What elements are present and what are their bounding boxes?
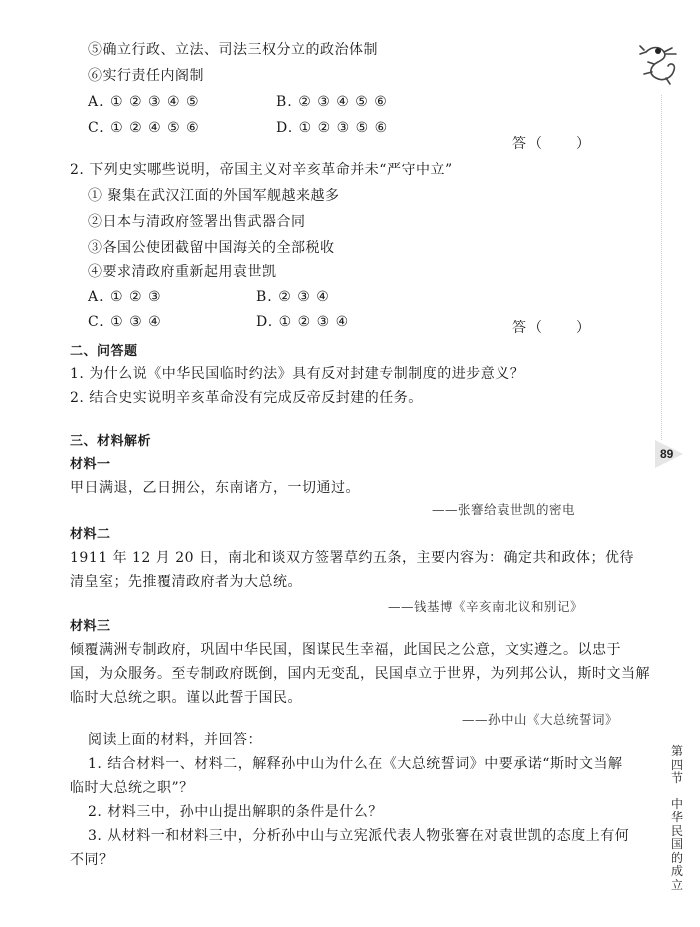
material-2-text-line-2: 清皇室；先推覆清政府者为大总统。 (70, 572, 302, 592)
dragon-ornament-icon (636, 40, 682, 88)
q2-option-d: D. ① ② ③ ④ (256, 312, 349, 332)
q2-item-4: ④要求清政府重新起用袁世凯 (88, 262, 277, 282)
q2-option-b: B. ② ③ ④ (256, 287, 330, 307)
page-number: 89 (660, 447, 673, 461)
material-1-text: 甲日满退，乙日拥公，东南诸方，一切通过。 (70, 478, 360, 498)
q2-answer-blank: 答（ ） (512, 318, 592, 338)
q1-item-6: ⑥实行责任内阁制 (88, 66, 204, 86)
material-1-label: 材料一 (70, 455, 111, 475)
chapter-label: 第四节 中华民国的成立 (669, 745, 685, 892)
section2-title: 二、问答题 (70, 342, 138, 362)
material-2-label: 材料二 (70, 525, 111, 545)
q1-answer-blank: 答（ ） (512, 134, 592, 154)
q1-option-d: D. ① ② ③ ⑤ ⑥ (276, 118, 388, 138)
material-3-text-line-3: 临时大总统之职。谨以此誓于国民。 (70, 688, 302, 708)
q2-item-1: ① 聚集在武汉江面的外国军舰越来越多 (88, 186, 339, 206)
q1-item-5: ⑤确立行政、立法、司法三权分立的政治体制 (88, 40, 378, 60)
material-3-source: ——孙中山《大总统誓词》 (462, 710, 618, 730)
section3-question-3-line-1: 3. 从材料一和材料三中，分析孙中山与立宪派代表人物张謇在对袁世凯的态度上有何 (88, 826, 629, 846)
margin-rule (661, 95, 662, 440)
q2-option-c: C. ① ③ ④ (88, 312, 162, 332)
q2-stem: 2. 下列史实哪些说明，帝国主义对辛亥革命并未“严守中立” (70, 160, 453, 180)
chapter-label-title: 中华民国的成立 (671, 797, 683, 892)
q2-option-a: A. ① ② ③ (88, 287, 162, 307)
section3-question-1-line-2: 临时大总统之职”？ (70, 778, 194, 798)
material-1-source: ——张謇给袁世凯的密电 (432, 500, 575, 520)
q2-item-3: ③各国公使团截留中国海关的全部税收 (88, 238, 335, 258)
material-3-text-line-2: 国，为众服务。至专制政府既倒，国内无变乱，民国卓立于世界，为列邦公认，斯时文当解 (70, 664, 650, 684)
reading-prompt: 阅读上面的材料，并回答： (88, 730, 262, 750)
section3-question-3-line-2: 不同？ (70, 850, 114, 870)
section3-title: 三、材料解析 (70, 432, 151, 452)
material-3-text-line-1: 倾覆满洲专制政府，巩固中华民国，图谋民生幸福，此国民之公意，文实遵之。以忠于 (70, 640, 621, 660)
section2-question-1: 1. 为什么说《中华民国临时约法》具有反对封建专制制度的进步意义？ (70, 364, 524, 384)
chapter-label-section: 第四节 (671, 744, 683, 785)
material-2-source: ——钱基博《辛亥南北议和别记》 (388, 597, 583, 617)
q2-item-2: ②日本与清政府签署出售武器合同 (88, 212, 306, 232)
q1-option-c: C. ① ② ④ ⑤ ⑥ (88, 118, 200, 138)
q1-option-b: B. ② ③ ④ ⑤ ⑥ (276, 92, 388, 112)
section3-question-1-line-1: 1. 结合材料一、材料二，解释孙中山为什么在《大总统誓词》中要承诺“斯时文当解 (88, 754, 622, 774)
material-2-text-line-1: 1911 年 12 月 20 日，南北和谈双方签署草约五条，主要内容为：确定共和… (70, 548, 634, 568)
section2-question-2: 2. 结合史实说明辛亥革命没有完成反帝反封建的任务。 (70, 388, 423, 408)
q1-option-a: A. ① ② ③ ④ ⑤ (88, 92, 200, 112)
section3-question-2: 2. 材料三中，孙中山提出解职的条件是什么？ (88, 802, 383, 822)
material-3-label: 材料三 (70, 617, 111, 637)
